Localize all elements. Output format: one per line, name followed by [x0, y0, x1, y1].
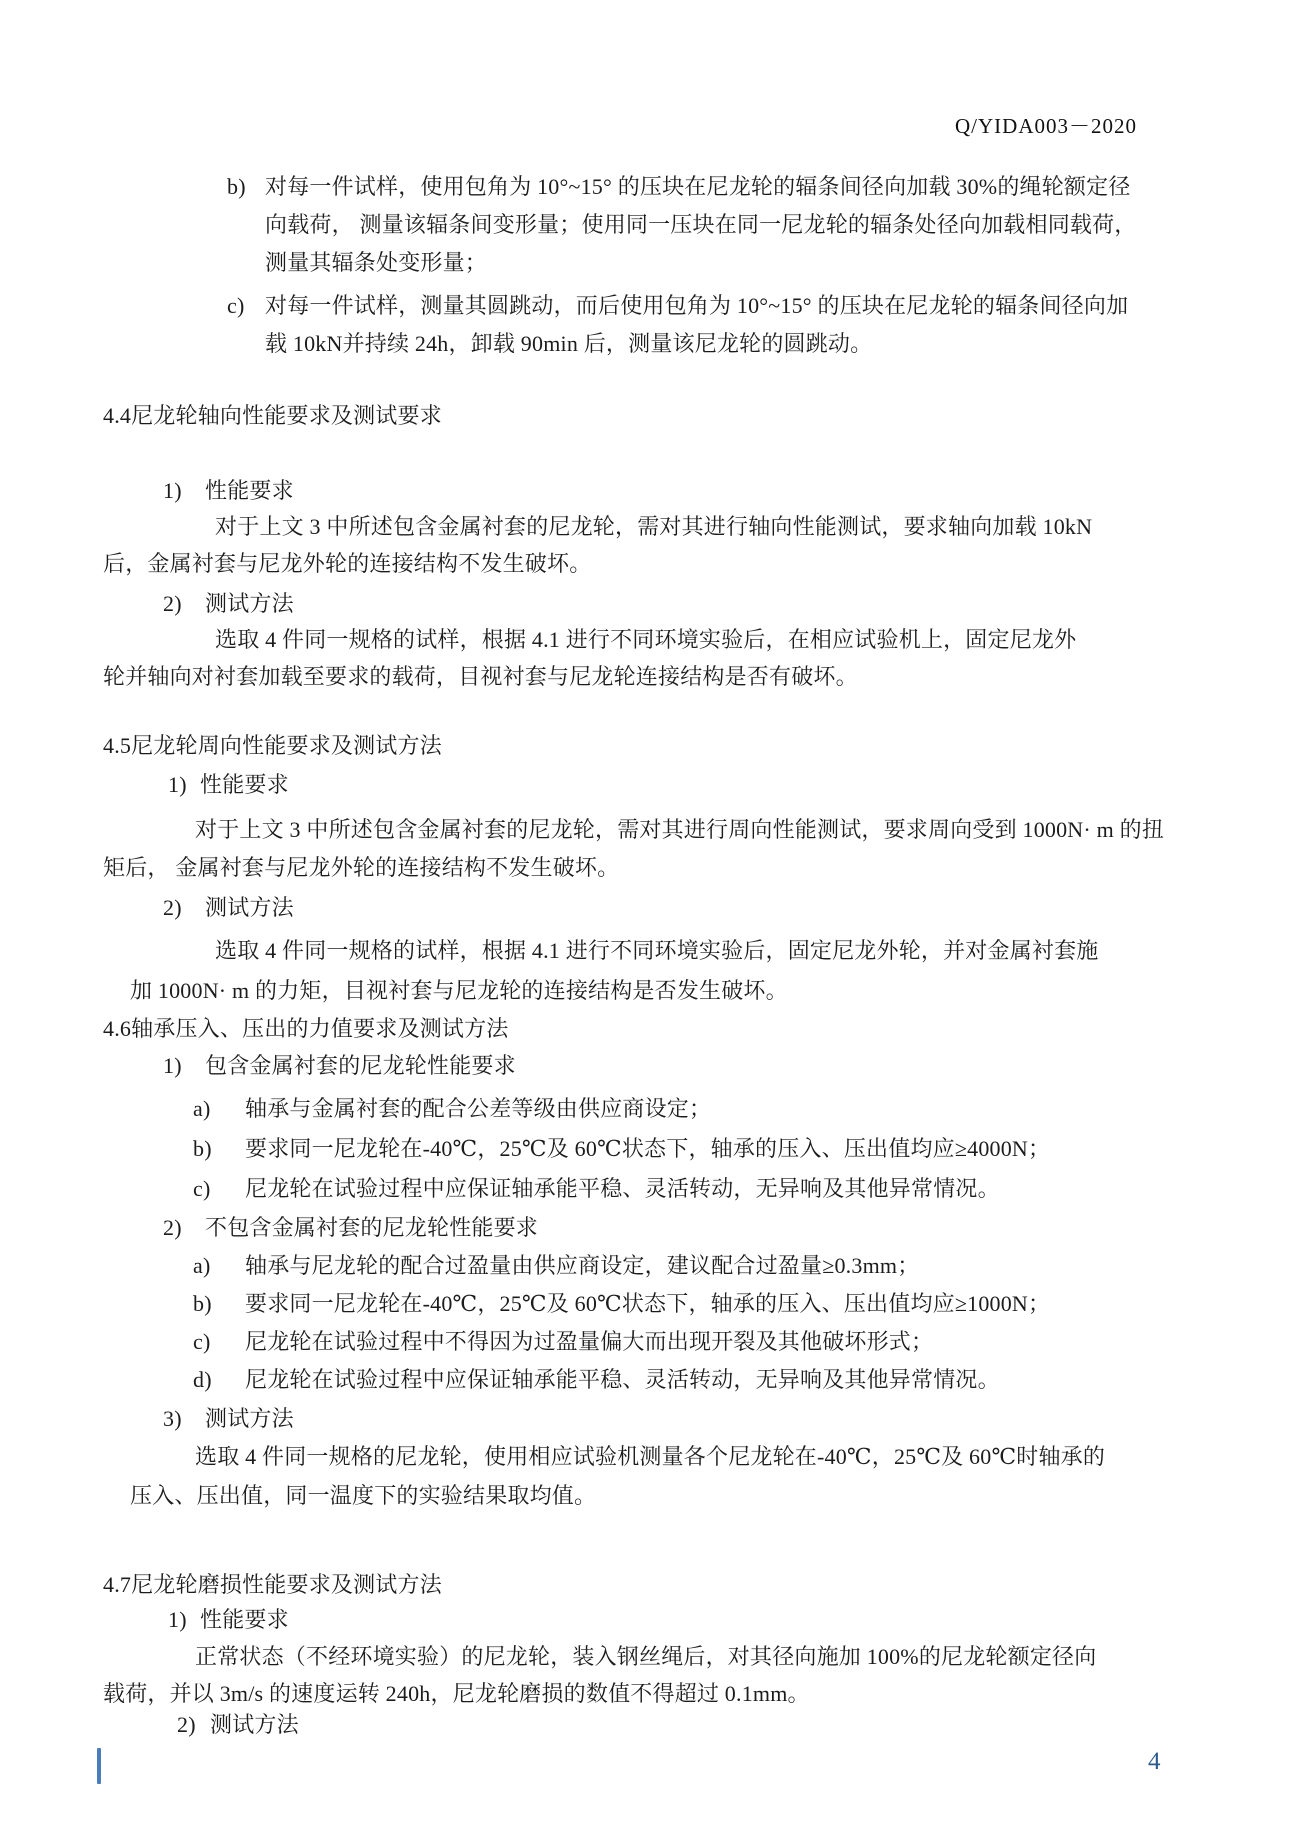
- section-4-6-para-3-line-2: 压入、压出值，同一温度下的实验结果取均值。: [130, 1483, 596, 1509]
- section-4-4-para-2-line-1: 选取 4 件同一规格的试样，根据 4.1 进行不同环境实验后，在相应试验机上，固…: [215, 627, 1076, 653]
- top-list-item-c-line-2: 载 10kN并持续 24h，卸载 90min 后，测量该尼龙轮的圆跳动。: [265, 331, 872, 357]
- top-list-item-b-line-1: 对每一件试样，使用包角为 10°~15° 的压块在尼龙轮的辐条间径向加载 30%…: [265, 174, 1131, 200]
- section-4-5-para-2-line-1: 选取 4 件同一规格的试样，根据 4.1 进行不同环境实验后，固定尼龙外轮，并对…: [215, 938, 1099, 964]
- section-4-7-para-1-line-1: 正常状态（不经环境实验）的尼龙轮，装入钢丝绳后，对其径向施加 100%的尼龙轮额…: [195, 1644, 1096, 1670]
- section-4-5-item-2-title: 测试方法: [205, 895, 294, 921]
- top-list-item-b-line-2: 向载荷， 测量该辐条间变形量；使用同一压块在同一尼龙轮的辐条处径向加载相同载荷，: [265, 212, 1137, 238]
- section-4-7-item-2-label: 2): [177, 1712, 196, 1738]
- section-4-6-item-2d-label: d): [193, 1367, 212, 1393]
- section-4-7-section-4-7-heading: 4.7尼龙轮磨损性能要求及测试方法: [103, 1572, 442, 1598]
- page-number: 4: [1148, 1748, 1161, 1776]
- section-4-5-item-1-title: 性能要求: [200, 772, 289, 798]
- section-4-6-item-1b-text: 要求同一尼龙轮在-40℃，25℃及 60℃状态下，轴承的压入、压出值均应≥400…: [245, 1136, 1050, 1162]
- section-4-6-para-3-line-1: 选取 4 件同一规格的尼龙轮，使用相应试验机测量各个尼龙轮在-40℃，25℃及 …: [195, 1444, 1105, 1470]
- section-4-6-item-1a-label: a): [193, 1096, 211, 1122]
- section-4-6-item-3-label: 3): [163, 1406, 182, 1432]
- section-4-6-item-2a-label: a): [193, 1253, 211, 1279]
- top-list-item-b-label: b): [227, 174, 246, 200]
- top-list-item-b-line-3: 测量其辐条处变形量；: [265, 250, 487, 276]
- section-4-4-para-2-line-2: 轮并轴向对衬套加载至要求的载荷，目视衬套与尼龙轮连接结构是否有破坏。: [103, 664, 858, 690]
- section-4-7-item-1-title: 性能要求: [200, 1607, 289, 1633]
- revision-bar: [97, 1748, 101, 1784]
- section-4-4-para-1-line-2: 后，金属衬套与尼龙外轮的连接结构不发生破坏。: [103, 551, 591, 577]
- document-page: Q/YIDA003－2020 b)对每一件试样，使用包角为 10°~15° 的压…: [0, 0, 1300, 1839]
- section-4-6-item-1-title: 包含金属衬套的尼龙轮性能要求: [205, 1053, 516, 1079]
- section-4-4-para-1-line-1: 对于上文 3 中所述包含金属衬套的尼龙轮，需对其进行轴向性能测试，要求轴向加载 …: [215, 514, 1092, 540]
- section-4-6-item-2b-label: b): [193, 1291, 212, 1317]
- section-4-5-item-1-label: 1): [168, 772, 187, 798]
- section-4-7-item-1-label: 1): [168, 1607, 187, 1633]
- section-4-5-para-1-line-1: 对于上文 3 中所述包含金属衬套的尼龙轮，需对其进行周向性能测试，要求周向受到 …: [195, 817, 1164, 843]
- section-4-7-item-2-title: 测试方法: [210, 1712, 299, 1738]
- section-4-6-item-2-title: 不包含金属衬套的尼龙轮性能要求: [205, 1215, 538, 1241]
- section-4-4-item-1-label: 1): [163, 478, 182, 504]
- section-4-5-para-1-line-2: 矩后， 金属衬套与尼龙外轮的连接结构不发生破坏。: [103, 855, 619, 881]
- document-header-code: Q/YIDA003－2020: [955, 110, 1137, 140]
- top-list-item-c-label: c): [227, 293, 245, 319]
- section-4-6-item-2b-text: 要求同一尼龙轮在-40℃，25℃及 60℃状态下，轴承的压入、压出值均应≥100…: [245, 1291, 1050, 1317]
- section-4-6-item-2d-text: 尼龙轮在试验过程中应保证轴承能平稳、灵活转动，无异响及其他异常情况。: [245, 1367, 1000, 1393]
- section-4-7-para-1-line-2: 载荷，并以 3m/s 的速度运转 240h，尼龙轮磨损的数值不得超过 0.1mm…: [103, 1681, 810, 1707]
- section-4-6-item-2c-text: 尼龙轮在试验过程中不得因为过盈量偏大而出现开裂及其他破坏形式；: [245, 1329, 933, 1355]
- section-4-4-item-2-title: 测试方法: [205, 591, 294, 617]
- section-4-6-item-3-title: 测试方法: [205, 1406, 294, 1432]
- section-4-6-item-1b-label: b): [193, 1136, 212, 1162]
- section-4-4-item-2-label: 2): [163, 591, 182, 617]
- section-4-6-item-1c-label: c): [193, 1176, 211, 1202]
- section-4-5-section-4-5-heading: 4.5尼龙轮周向性能要求及测试方法: [103, 733, 442, 759]
- section-4-6-item-2-label: 2): [163, 1215, 182, 1241]
- section-4-6-item-2c-label: c): [193, 1329, 211, 1355]
- section-4-5-para-2-line-2: 加 1000N· m 的力矩，目视衬套与尼龙轮的连接结构是否发生破坏。: [130, 978, 788, 1004]
- section-4-5-item-2-label: 2): [163, 895, 182, 921]
- section-4-6-item-1a-text: 轴承与金属衬套的配合公差等级由供应商设定；: [245, 1096, 711, 1122]
- top-list-item-c-line-1: 对每一件试样，测量其圆跳动，而后使用包角为 10°~15° 的压块在尼龙轮的辐条…: [265, 293, 1128, 319]
- section-4-6-item-2a-text: 轴承与尼龙轮的配合过盈量由供应商设定，建议配合过盈量≥0.3mm；: [245, 1253, 919, 1279]
- section-4-6-item-1c-text: 尼龙轮在试验过程中应保证轴承能平稳、灵活转动，无异响及其他异常情况。: [245, 1176, 1000, 1202]
- section-4-4-section-4-4-heading: 4.4尼龙轮轴向性能要求及测试要求: [103, 403, 442, 429]
- section-4-6-section-4-6-heading: 4.6轴承压入、压出的力值要求及测试方法: [103, 1016, 509, 1042]
- section-4-6-item-1-label: 1): [163, 1053, 182, 1079]
- section-4-4-item-1-title: 性能要求: [205, 478, 294, 504]
